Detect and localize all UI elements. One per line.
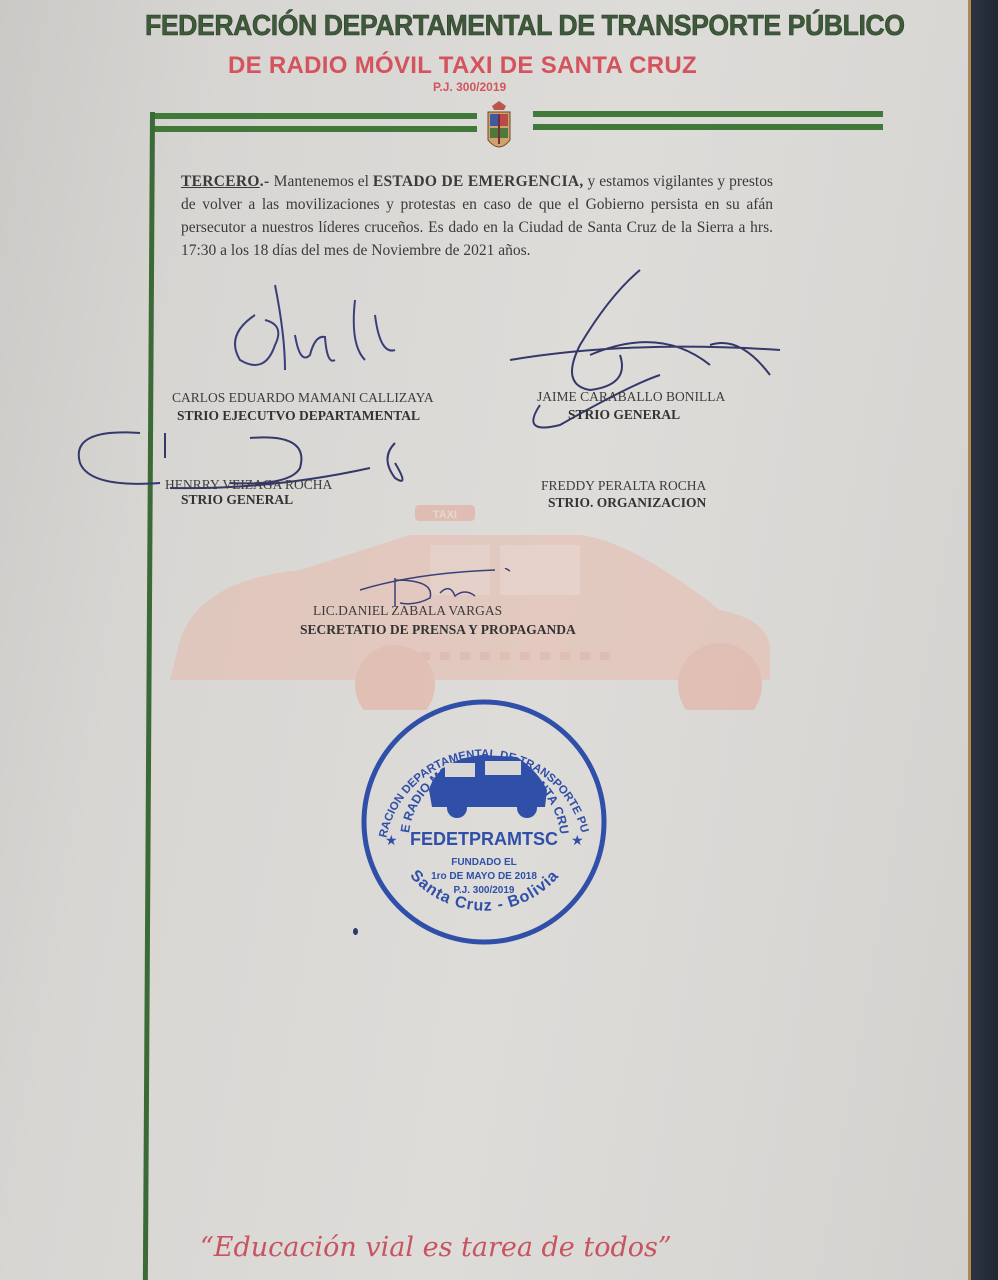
footer-motto: “Educación vial es tarea de todos” [200, 1232, 672, 1263]
coat-of-arms-icon [486, 100, 512, 156]
page-border [143, 112, 155, 1280]
signatory-name: FREDDY PERALTA ROCHA [541, 478, 706, 494]
taxi-watermark: TAXI [160, 490, 780, 710]
star-icon: ★ [385, 834, 398, 849]
signatory-name: JAIME CARABALLO BONILLA [537, 389, 725, 405]
signatory-name: LIC.DANIEL ZABALA VARGAS [313, 603, 502, 619]
table-background [968, 0, 998, 1280]
signatory-role: STRIO GENERAL [181, 492, 293, 508]
header-band [152, 126, 477, 132]
official-seal: FEDERACION DEPARTAMENTAL DE TRANSPORTE P… [357, 695, 612, 950]
svg-text:1ro DE MAYO DE 2018: 1ro DE MAYO DE 2018 [431, 871, 537, 882]
header-band [533, 124, 883, 130]
signatory-role: STRIO GENERAL [568, 407, 680, 423]
svg-text:P.J. 300/2019: P.J. 300/2019 [454, 885, 515, 896]
letterhead-subtitle: DE RADIO MÓVIL TAXI DE SANTA CRUZ [228, 52, 697, 80]
signature-mamani [215, 275, 415, 385]
letterhead-legal-id: P.J. 300/2019 [433, 80, 506, 94]
signatory-name: HENRRY VEIZAGA ROCHA [165, 477, 332, 493]
document-page: FEDERACIÓN DEPARTAMENTAL DE TRANSPORTE P… [0, 0, 968, 1280]
svg-text:FUNDADO EL: FUNDADO EL [451, 857, 517, 868]
body-text-part: Mantenemos el [274, 173, 373, 190]
signatory-role: STRIO. ORGANIZACION [548, 495, 706, 511]
signatory-role: STRIO EJECUTVO DEPARTAMENTAL [177, 408, 420, 424]
article-separator: .- [260, 173, 274, 190]
header-band [152, 113, 477, 119]
svg-text:FEDETPRAMTSC: FEDETPRAMTSC [410, 829, 558, 849]
star-icon: ★ [571, 834, 584, 849]
resolution-paragraph: TERCERO.- Mantenemos el ESTADO DE EMERGE… [181, 170, 773, 262]
article-label: TERCERO [181, 173, 260, 190]
signatory-role: SECRETATIO DE PRENSA Y PROPAGANDA [300, 622, 576, 638]
svg-text:TAXI: TAXI [433, 509, 457, 521]
letterhead-title: FEDERACIÓN DEPARTAMENTAL DE TRANSPORTE P… [145, 10, 821, 43]
signatory-name: CARLOS EDUARDO MAMANI CALLIZAYA [172, 390, 434, 406]
emergency-emphasis: ESTADO DE EMERGENCIA, [373, 173, 584, 190]
ink-dot [353, 928, 358, 935]
header-band [533, 111, 883, 117]
